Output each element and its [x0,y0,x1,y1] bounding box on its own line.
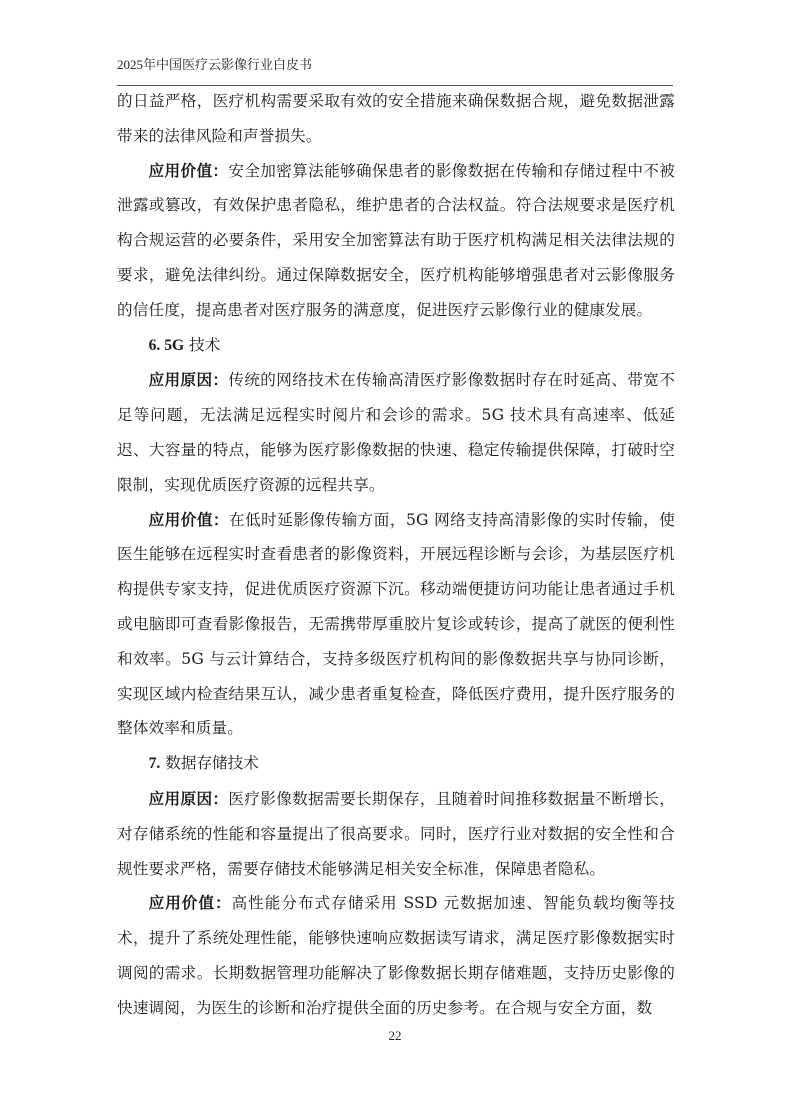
document-title: 2025年中国医疗云影像行业白皮书 [117,57,312,73]
page-header: 2025年中国医疗云影像行业白皮书 [117,55,673,86]
section-heading-storage: 7. 数据存储技术 [117,746,675,782]
paragraph-continued: 的日益严格，医疗机构需要采取有效的安全措施来确保数据合规，避免数据泄露带来的法律… [117,84,675,154]
paragraph-lead: 应用原因： [149,370,229,389]
paragraph-lead: 应用原因： [149,789,229,808]
paragraph-5g-value: 应用价值：在低时延影像传输方面，5G 网络支持高清影像的实时传输，使医生能够在远… [117,503,675,747]
paragraph-storage-reason: 应用原因：医疗影像数据需要长期保存，且随着时间推移数据量不断增长，对存储系统的性… [117,782,675,886]
page-body: 的日益严格，医疗机构需要采取有效的安全措施来确保数据合规，避免数据泄露带来的法律… [117,84,675,1026]
paragraph-text: 在低时延影像传输方面，5G 网络支持高清影像的实时传输，使医生能够在远程实时查看… [117,511,675,738]
paragraph-text: 的日益严格，医疗机构需要采取有效的安全措施来确保数据合规，避免数据泄露带来的法律… [117,92,675,145]
paragraph-security-value: 应用价值：安全加密算法能够确保患者的影像数据在传输和存储过程中不被泄露或篡改，有… [117,154,675,328]
page-number: 22 [0,1028,790,1044]
paragraph-text: 高性能分布式存储采用 SSD 元数据加速、智能负载均衡等技术，提升了系统处理性能… [117,894,675,1016]
section-title: 数据存储技术 [165,754,259,772]
section-title: 技术 [189,336,220,354]
paragraph-lead: 应用价值： [149,893,232,912]
section-number: 6. 5G [149,337,185,354]
paragraph-lead: 应用价值： [149,161,229,180]
paragraph-5g-reason: 应用原因：传统的网络技术在传输高清医疗影像数据时存在时延高、带宽不足等问题，无法… [117,363,675,502]
paragraph-text: 传统的网络技术在传输高清医疗影像数据时存在时延高、带宽不足等问题，无法满足远程实… [117,371,675,493]
paragraph-lead: 应用价值： [149,510,229,529]
paragraph-text: 安全加密算法能够确保患者的影像数据在传输和存储过程中不被泄露或篡改，有效保护患者… [117,162,675,319]
section-number: 7. [149,755,161,772]
section-heading-5g: 6. 5G 技术 [117,328,675,364]
paragraph-storage-value: 应用价值：高性能分布式存储采用 SSD 元数据加速、智能负载均衡等技术，提升了系… [117,886,675,1025]
